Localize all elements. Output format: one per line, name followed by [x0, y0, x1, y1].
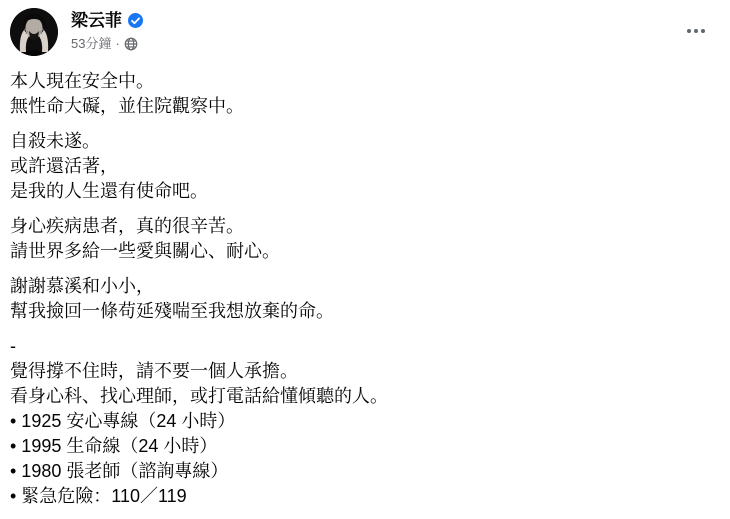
more-dot — [701, 29, 705, 33]
more-dot — [694, 29, 698, 33]
post-text-line: - — [10, 334, 714, 359]
post-text-line: • 1980 張老師（諮詢專線） — [10, 459, 714, 484]
post-text-line: 無性命大礙，並住院觀察中。 — [10, 94, 714, 119]
name-row: 梁云菲 — [71, 10, 143, 31]
post-paragraph: 身心疾病患者，真的很辛苦。請世界多給一些愛與關心、耐心。 — [10, 214, 714, 264]
more-dot — [687, 29, 691, 33]
more-options-button[interactable] — [682, 22, 710, 40]
verified-badge-icon — [128, 13, 143, 28]
post-paragraph: 本人現在安全中。無性命大礙，並住院觀察中。 — [10, 69, 714, 119]
post-body: 本人現在安全中。無性命大礙，並住院觀察中。自殺未遂。或許還活著，是我的人生還有使… — [0, 56, 730, 509]
privacy-globe-icon — [124, 37, 138, 51]
post-paragraph: 謝謝慕溪和小小，幫我撿回一條苟延殘喘至我想放棄的命。 — [10, 274, 714, 324]
post-text-line: • 1995 生命線（24 小時） — [10, 434, 714, 459]
post-text-line: 或許還活著， — [10, 154, 714, 179]
post-text-line: 幫我撿回一條苟延殘喘至我想放棄的命。 — [10, 299, 714, 324]
avatar-image — [10, 8, 58, 56]
post-meta-row: 53分鐘 · — [71, 36, 143, 51]
post-text-line: 請世界多給一些愛與關心、耐心。 — [10, 239, 714, 264]
post-header: 梁云菲 53分鐘 · — [0, 0, 730, 56]
post-text-line: 自殺未遂。 — [10, 129, 714, 154]
post-timestamp[interactable]: 53分鐘 — [71, 37, 111, 51]
post-paragraph: 自殺未遂。或許還活著，是我的人生還有使命吧。 — [10, 129, 714, 204]
post-header-info: 梁云菲 53分鐘 · — [71, 8, 143, 51]
meta-separator: · — [115, 37, 119, 51]
post-text-line: 覺得撐不住時，請不要一個人承擔。 — [10, 359, 714, 384]
post-text-line: 看身心科、找心理師，或打電話給懂傾聽的人。 — [10, 384, 714, 409]
profile-name-link[interactable]: 梁云菲 — [71, 10, 122, 31]
avatar[interactable] — [10, 8, 58, 56]
post-text-line: 謝謝慕溪和小小， — [10, 274, 714, 299]
post-text-line: 身心疾病患者，真的很辛苦。 — [10, 214, 714, 239]
post-text-line: • 緊急危險：110／119 — [10, 484, 714, 509]
post-text-line: • 1925 安心專線（24 小時） — [10, 409, 714, 434]
post-paragraph: -覺得撐不住時，請不要一個人承擔。看身心科、找心理師，或打電話給懂傾聽的人。• … — [10, 334, 714, 509]
post-text-line: 本人現在安全中。 — [10, 69, 714, 94]
post-text-line: 是我的人生還有使命吧。 — [10, 179, 714, 204]
facebook-post: 梁云菲 53分鐘 · — [0, 0, 730, 519]
